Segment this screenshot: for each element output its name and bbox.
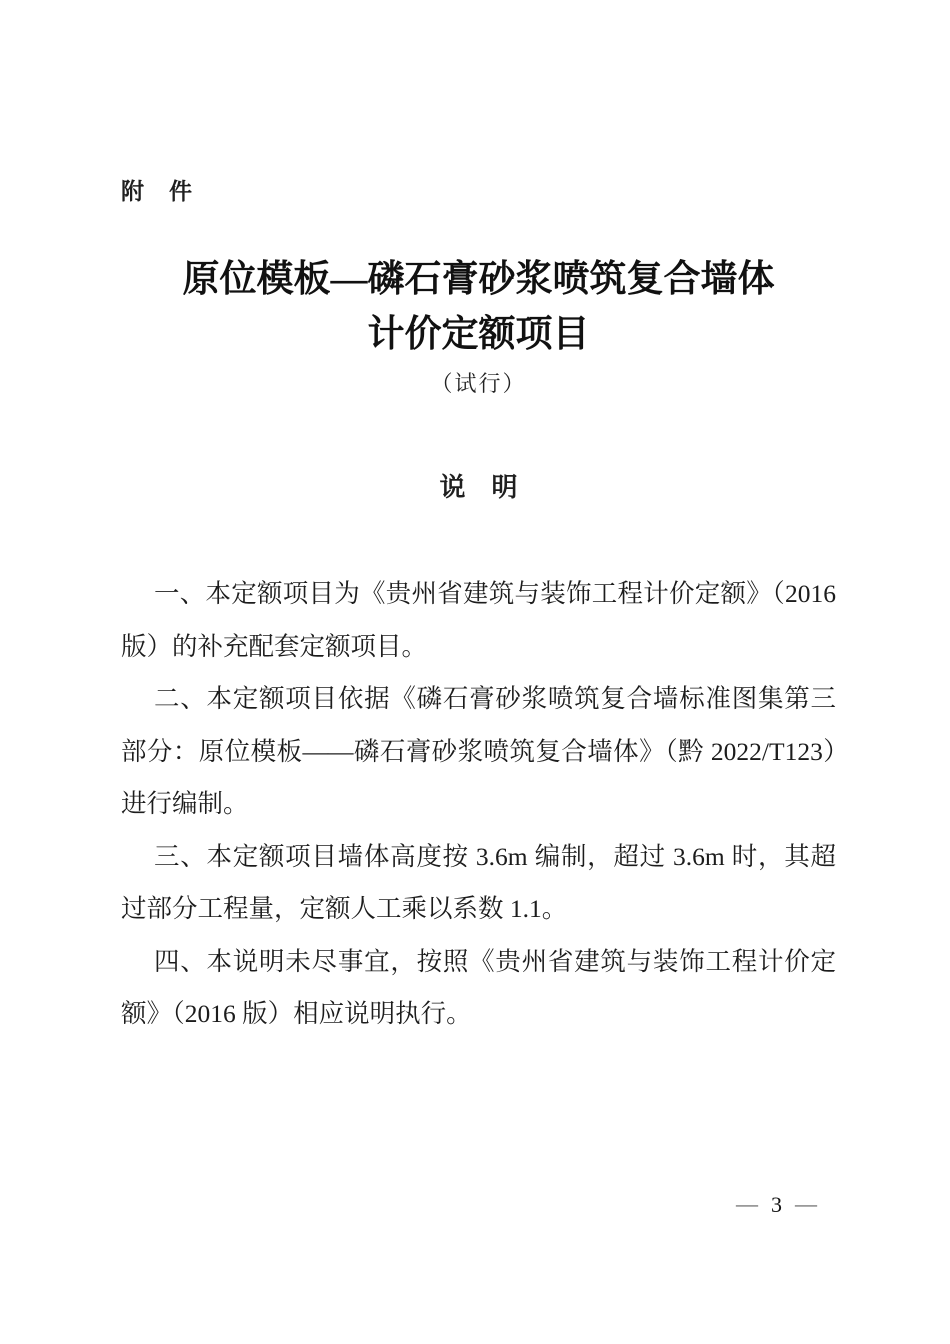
- page-number: 3: [771, 1192, 782, 1218]
- page-footer: — 3 —: [736, 1192, 817, 1218]
- attachment-label: 附 件: [121, 176, 193, 206]
- section-heading: 说 明: [121, 470, 836, 504]
- title-subtitle: （试行）: [121, 369, 836, 399]
- footer-dash-right: —: [795, 1191, 817, 1217]
- paragraph-4: 四、本说明未尽事宜，按照《贵州省建筑与装饰工程计价定额》（2016 版）相应说明…: [121, 936, 836, 1041]
- document-page: 附 件 原位模板—磷石膏砂浆喷筑复合墙体 计价定额项目 （试行） 说 明 一、本…: [0, 0, 950, 1344]
- title-line-1: 原位模板—磷石膏砂浆喷筑复合墙体: [121, 252, 836, 307]
- paragraph-3: 三、本定额项目墙体高度按 3.6m 编制，超过 3.6m 时，其超过部分工程量，…: [121, 831, 836, 936]
- footer-dash-left: —: [736, 1191, 758, 1217]
- document-title: 原位模板—磷石膏砂浆喷筑复合墙体 计价定额项目: [121, 252, 836, 362]
- title-line-2: 计价定额项目: [121, 307, 836, 362]
- paragraph-2: 二、本定额项目依据《磷石膏砂浆喷筑复合墙标准图集第三部分：原位模板——磷石膏砂浆…: [121, 673, 836, 831]
- paragraph-1: 一、本定额项目为《贵州省建筑与装饰工程计价定额》（2016 版）的补充配套定额项…: [121, 568, 836, 673]
- document-body: 一、本定额项目为《贵州省建筑与装饰工程计价定额》（2016 版）的补充配套定额项…: [121, 568, 836, 1041]
